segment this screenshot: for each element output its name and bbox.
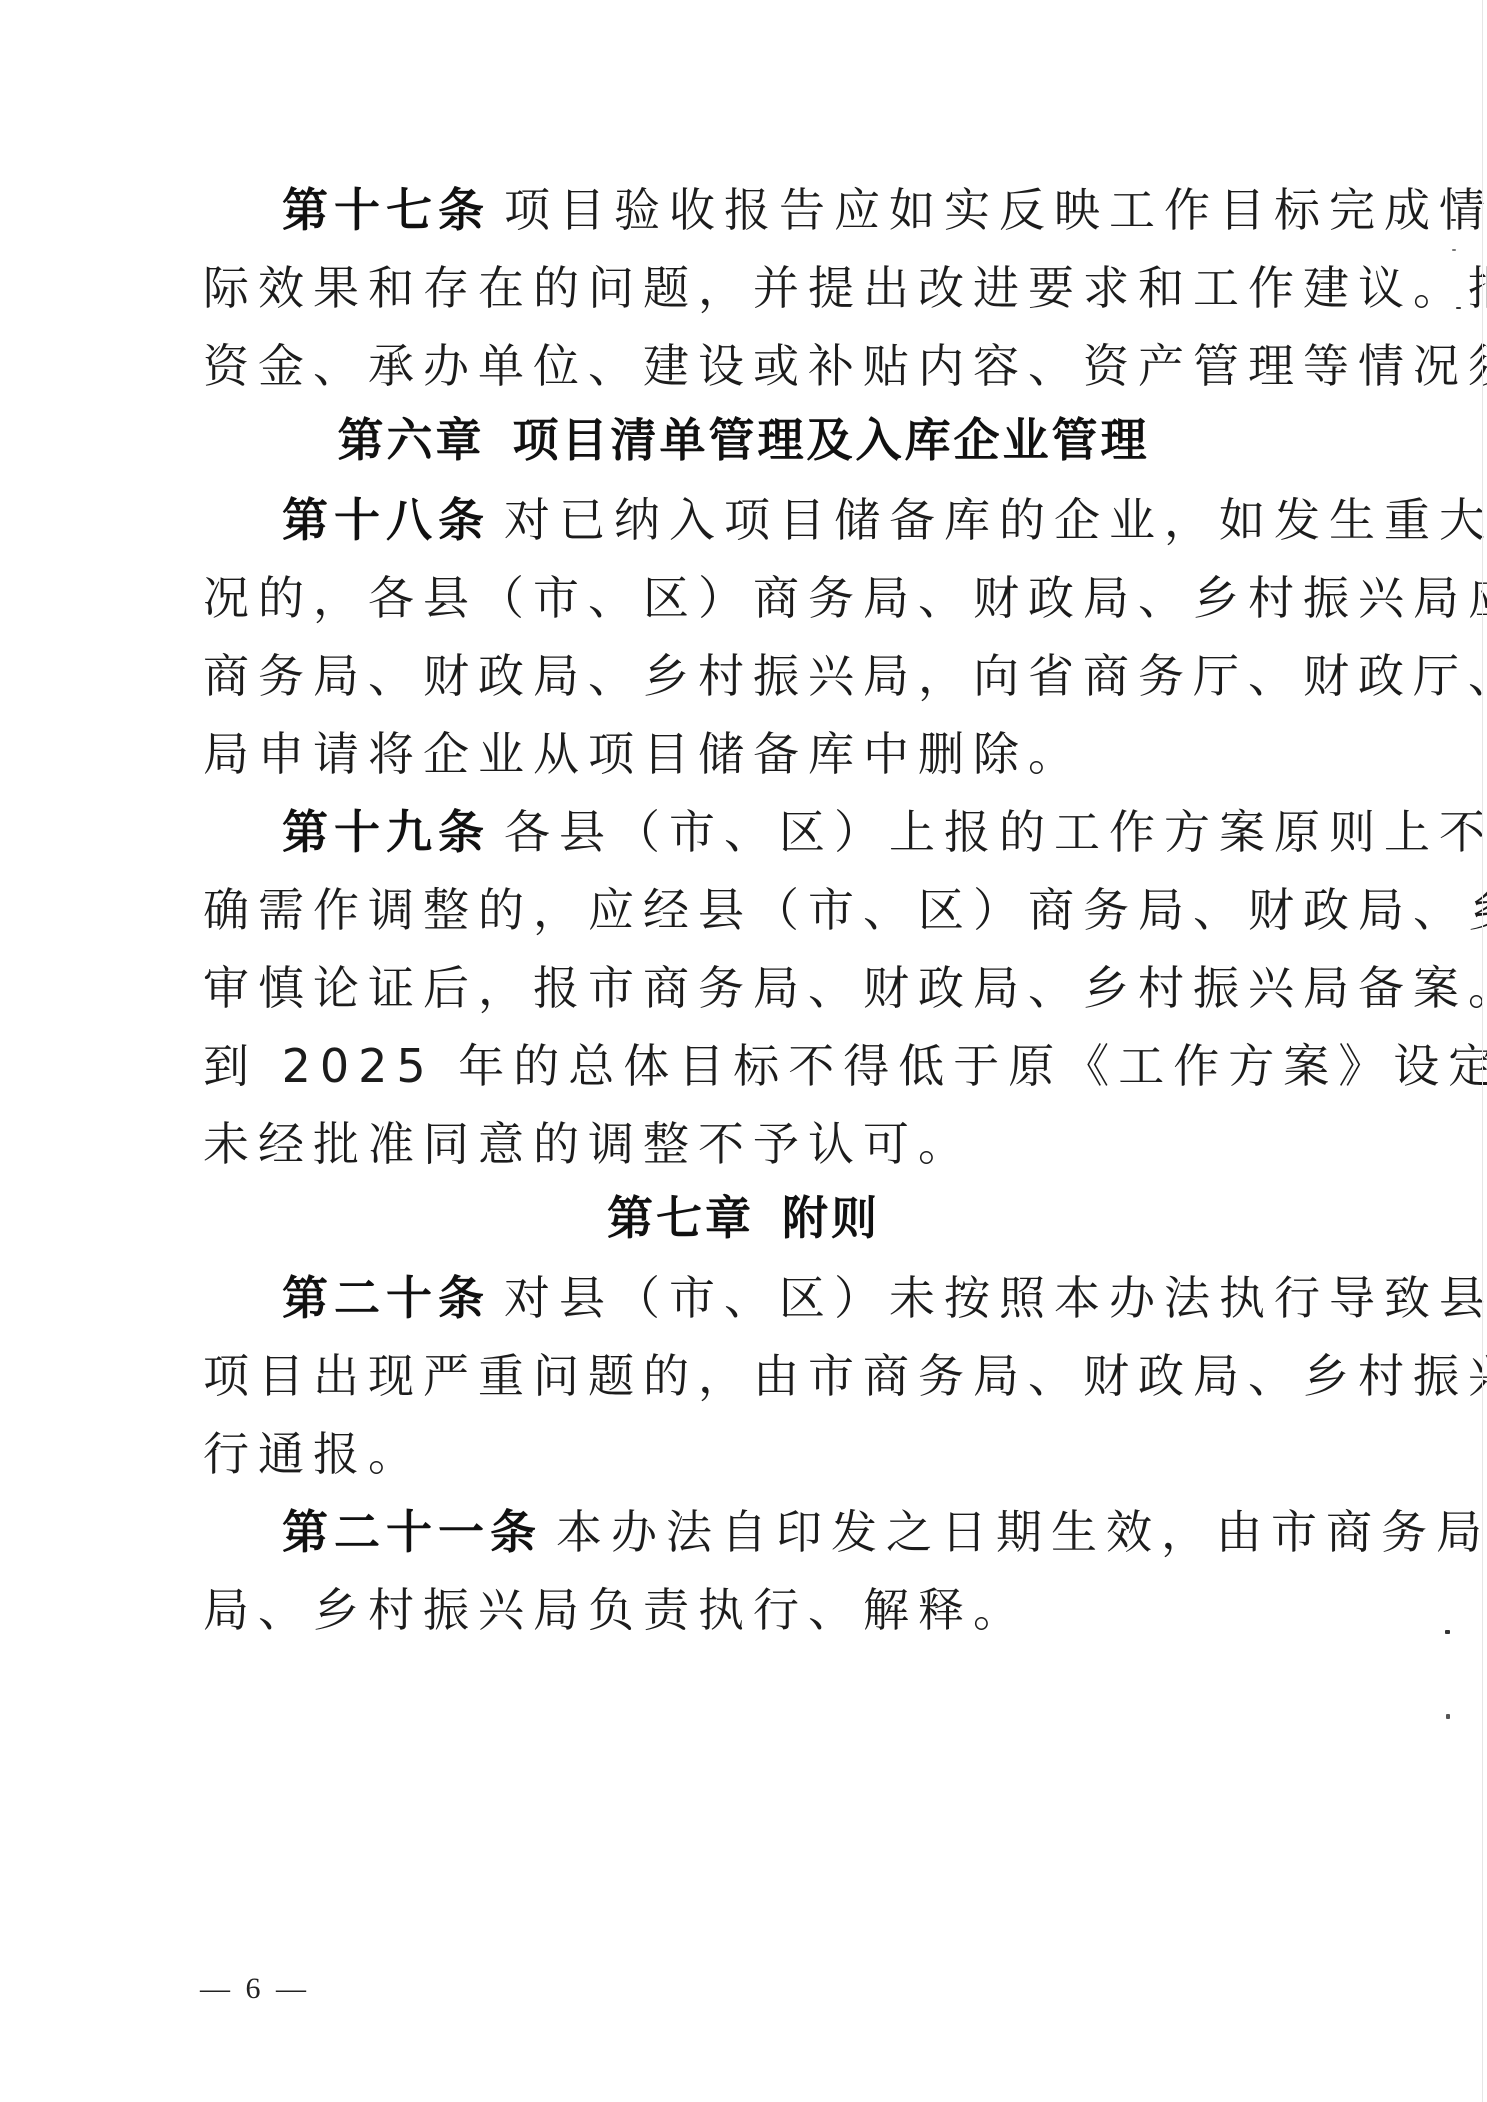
article-19-line-4: 到 2025 年的总体目标不得低于原《工作方案》设定的总体目标。 <box>203 1036 1323 1096</box>
chapter-title: 项目清单管理及入库企业管理 <box>513 413 1150 467</box>
article-label: 第二十一条 <box>282 1505 542 1559</box>
article-18-line-4: 局申请将企业从项目储备库中删除。 <box>203 724 1323 784</box>
article-20-line-1: 第二十条对县（市、区）未按照本办法执行导致县域商业 <box>282 1268 1402 1328</box>
article-text: 项目验收报告应如实反映工作目标完成情况、实 <box>504 183 1487 237</box>
scan-speck <box>1445 1630 1450 1634</box>
article-19-line-1: 第十九条各县（市、区）上报的工作方案原则上不作调整。 <box>282 802 1402 862</box>
article-19-line-5: 未经批准同意的调整不予认可。 <box>203 1114 1323 1174</box>
chapter-title: 附则 <box>782 1191 880 1245</box>
chapter-7-heading: 第七章附则 <box>0 1188 1487 1248</box>
article-19-line-2: 确需作调整的，应经县（市、区）商务局、财政局、乡村振兴局 <box>203 880 1323 940</box>
article-text: 对县（市、区）未按照本办法执行导致县域商业 <box>504 1271 1487 1325</box>
article-21-line-2: 局、乡村振兴局负责执行、解释。 <box>203 1580 1323 1640</box>
article-17-line-3: 资金、承办单位、建设或补贴内容、资产管理等情况须明确。 <box>203 336 1323 396</box>
article-label: 第十七条 <box>282 183 490 237</box>
document-page: 第十七条项目验收报告应如实反映工作目标完成情况、实 际效果和存在的问题，并提出改… <box>0 0 1487 2102</box>
article-17-line-2: 际效果和存在的问题，并提出改进要求和工作建议。报告中项目 <box>203 258 1323 318</box>
article-text: 各县（市、区）上报的工作方案原则上不作调整。 <box>504 805 1487 859</box>
article-18-line-1: 第十八条对已纳入项目储备库的企业，如发生重大违法情 <box>282 490 1402 550</box>
article-label: 第十九条 <box>282 805 490 859</box>
scan-speck <box>1452 249 1456 251</box>
chapter-number: 第六章 <box>338 413 485 467</box>
article-label: 第二十条 <box>282 1271 490 1325</box>
article-20-line-2: 项目出现严重问题的，由市商务局、财政局、乡村振兴局联合进 <box>203 1346 1323 1406</box>
scan-speck <box>1451 219 1456 221</box>
article-18-line-2: 况的，各县（市、区）商务局、财政局、乡村振兴局应及时报市 <box>203 568 1323 628</box>
article-text: 对已纳入项目储备库的企业，如发生重大违法情 <box>504 493 1487 547</box>
article-20-line-3: 行通报。 <box>203 1424 1323 1484</box>
chapter-6-heading: 第六章项目清单管理及入库企业管理 <box>0 410 1487 470</box>
page-edge <box>1482 0 1483 2102</box>
chapter-number: 第七章 <box>607 1191 754 1245</box>
scan-speck <box>1456 307 1461 309</box>
article-label: 第十八条 <box>282 493 490 547</box>
article-19-line-3: 审慎论证后，报市商务局、财政局、乡村振兴局备案。调整后， <box>203 958 1323 1018</box>
article-17-line-1: 第十七条项目验收报告应如实反映工作目标完成情况、实 <box>282 180 1402 240</box>
article-18-line-3: 商务局、财政局、乡村振兴局，向省商务厅、财政厅、乡村振兴 <box>203 646 1323 706</box>
article-text: 本办法自印发之日期生效，由市商务局、财政 <box>556 1505 1487 1559</box>
article-21-line-1: 第二十一条本办法自印发之日期生效，由市商务局、财政 <box>282 1502 1402 1562</box>
page-number: — 6 — <box>200 1972 310 2006</box>
scan-speck <box>1446 1714 1450 1719</box>
